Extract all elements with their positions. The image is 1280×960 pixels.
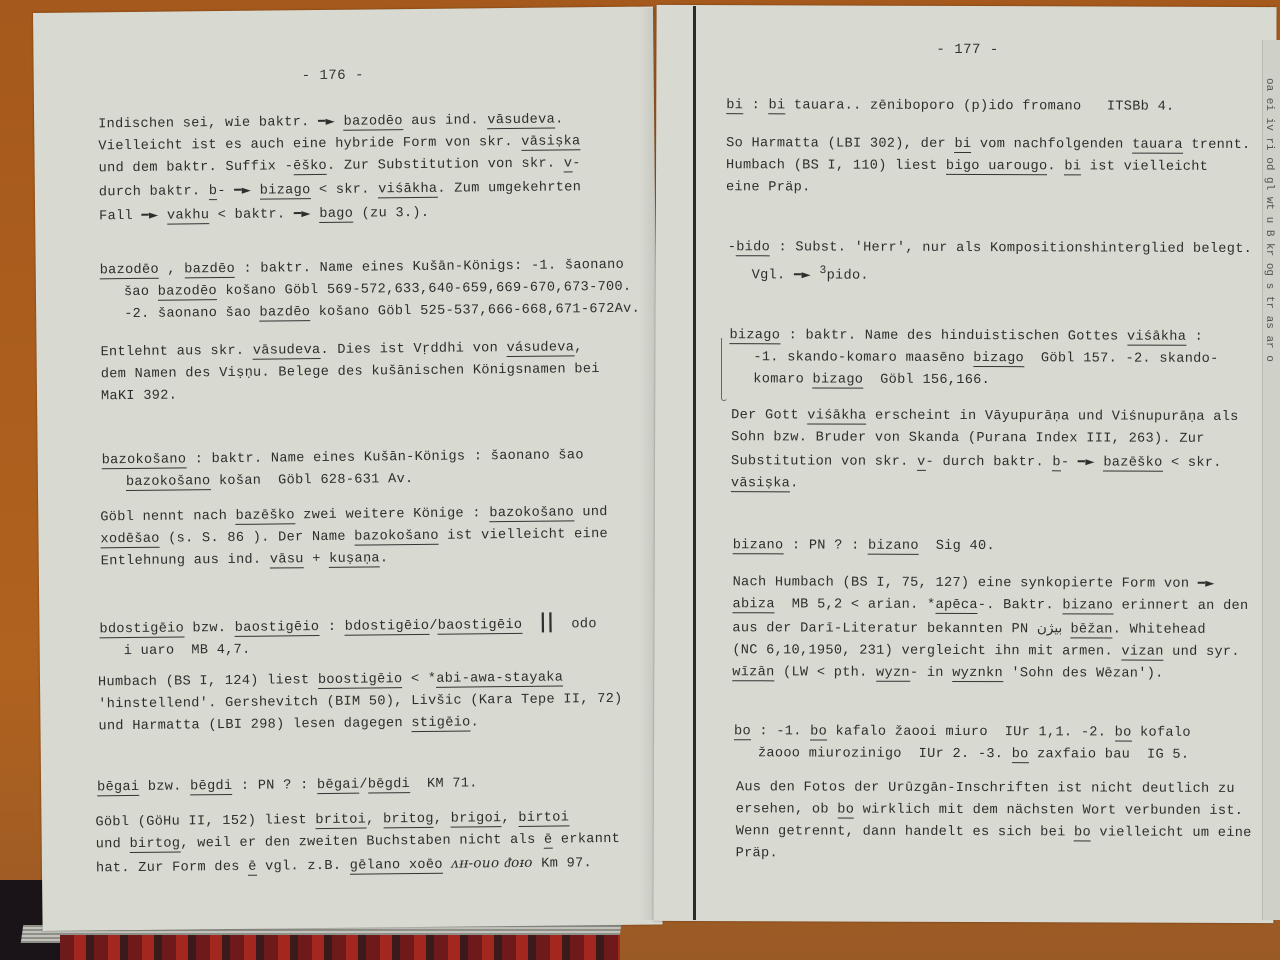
paragraph: So Harmatta (LBI 302), der bi vom nachfo… — [726, 133, 1251, 201]
entry-begai: bēgai bzw. bēgdi : PN ? : bēgai/bēgdi KM… — [97, 773, 478, 799]
book-spine-line — [693, 6, 696, 920]
paragraph: Entlehnt aus skr. vāsudeva. Dies ist Vṛd… — [100, 337, 600, 408]
left-page: - 176 - Indischen sei, wie baktr. ━► baz… — [33, 7, 663, 931]
paragraph: Göbl (GöHu II, 152) liest britoi, britog… — [95, 807, 620, 880]
entry-bizago: bizago : baktr. Name des hinduistischen … — [729, 325, 1218, 393]
entry-bido: -bido : Subst. 'Herr', nur als Kompositi… — [728, 237, 1253, 288]
entry-bazokosano: bazokošano : baktr. Name eines Kušān-Kön… — [102, 445, 585, 494]
text-line: durch baktr. b- ━► bizago < skr. viśākha… — [99, 180, 581, 200]
text-line: Fall ━► vakhu < baktr. ━► bago (zu 3.). — [99, 206, 429, 224]
paragraph: Göbl nennt nach bazēško zwei weitere Kön… — [100, 502, 608, 573]
bactrian-script-glyphs: ᴧᵻᵻ-ouo ᵭoᵻo — [451, 855, 533, 872]
paragraph: Indischen sei, wie baktr. ━► bazodēo aus… — [98, 107, 581, 228]
text-line: Vielleicht ist es auch eine hybride Form… — [98, 134, 580, 154]
entry-bi: bi : bi tauara.. zēniboporo (p)ido froma… — [726, 95, 1174, 119]
entry-bo: bo : -1. bo kafalo žaooi miuro IUr 1,1. … — [734, 721, 1191, 767]
entry-bazodeo: bazodēo , bazdēo : baktr. Name eines Kuš… — [100, 255, 641, 327]
page-number: - 176 - — [302, 68, 364, 85]
background-cloth — [60, 935, 620, 960]
next-page-fragment: oa ei iv ri od gl wt u B kr og s tr as a… — [1263, 78, 1275, 362]
paragraph: Der Gott viśākha erscheint in Vāyupurāṇa… — [731, 405, 1239, 497]
next-page-edge: oa ei iv ri od gl wt u B kr og s tr as a… — [1262, 40, 1280, 920]
paragraph: Humbach (BS I, 124) liest boostigēio < *… — [98, 667, 623, 738]
right-page: - 177 - bi : bi tauara.. zēniboporo (p)i… — [653, 5, 1276, 923]
text-line: Indischen sei, wie baktr. ━► bazodēo aus… — [98, 112, 563, 132]
text-line: und dem baktr. Suffix -ēško. Zur Substit… — [99, 156, 581, 176]
page-number: - 177 - — [936, 42, 998, 58]
paragraph: Aus den Fotos der Urūzgān-Inschriften is… — [736, 777, 1252, 867]
entry-bdostigeio: bdostigēio bzw. baostigēio : bdostigēio/… — [99, 609, 597, 663]
margin-pencil-mark — [721, 338, 727, 401]
paragraph: Nach Humbach (BS I, 75, 127) eine synkop… — [732, 570, 1248, 686]
entry-bizano: bizano : PN ? : bizano Sig 40. — [733, 535, 995, 558]
